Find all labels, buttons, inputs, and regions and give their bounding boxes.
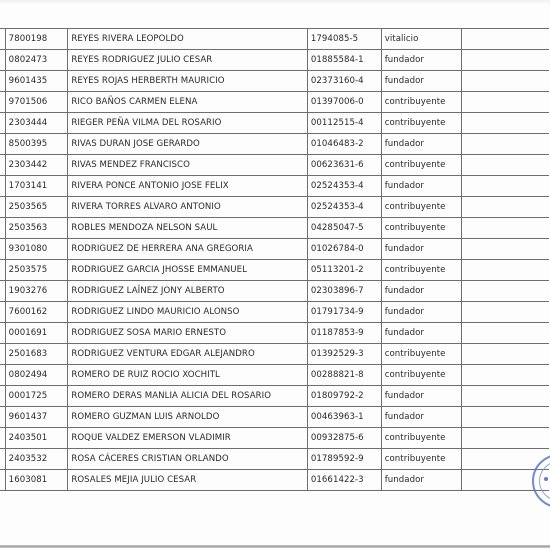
member-code-cell: 9601437 <box>5 407 68 428</box>
member-name-cell: ROMERO DERAS MANLIA ALICIA DEL ROSARIO <box>68 386 308 407</box>
member-name-cell: REYES ROJAS HERBERTH MAURICIO <box>68 71 308 92</box>
notes-cell <box>461 92 549 113</box>
table-row: 2303444RIEGER PEÑA VILMA DEL ROSARIO0011… <box>0 113 549 134</box>
category-cell: fundador <box>381 239 461 260</box>
category-cell: fundador <box>381 386 461 407</box>
table-row: 2403532ROSA CÁCERES CRISTIAN ORLANDO0178… <box>0 449 549 470</box>
id-number-cell: 01392529-3 <box>307 344 381 365</box>
table-row: 2503563ROBLES MENDOZA NELSON SAUL0428504… <box>0 218 549 239</box>
id-number-cell: 05113201-2 <box>307 260 381 281</box>
category-cell: fundador <box>381 176 461 197</box>
category-cell: fundador <box>381 407 461 428</box>
category-cell: vitalicio <box>381 29 461 50</box>
id-number-cell: 00112515-4 <box>307 113 381 134</box>
page-top-edge <box>0 0 550 4</box>
table-row: 0001691RODRIGUEZ SOSA MARIO ERNESTO01187… <box>0 323 549 344</box>
member-code-cell: 9701506 <box>5 92 68 113</box>
id-number-cell: 01397006-0 <box>307 92 381 113</box>
category-cell: fundador <box>381 302 461 323</box>
category-cell: contribuyente <box>381 428 461 449</box>
notes-cell <box>461 218 549 239</box>
table-row: 2403501ROQUE VALDEZ EMERSON VLADIMIR0093… <box>0 428 549 449</box>
category-cell: contribuyente <box>381 92 461 113</box>
category-cell: contribuyente <box>381 155 461 176</box>
member-code-cell: 9601435 <box>5 71 68 92</box>
table-row: 1903276RODRIGUEZ LAÎNEZ JONY ALBERTO0230… <box>0 281 549 302</box>
member-name-cell: RODRIGUEZ VENTURA EDGAR ALEJANDRO <box>68 344 308 365</box>
id-number-cell: 01885584-1 <box>307 50 381 71</box>
table-row: 9701506RICO BAÑOS CARMEN ELENA01397006-0… <box>0 92 549 113</box>
member-name-cell: RIVAS DURAN JOSE GERARDO <box>68 134 308 155</box>
notes-cell <box>461 281 549 302</box>
table-row: 2501683RODRIGUEZ VENTURA EDGAR ALEJANDRO… <box>0 344 549 365</box>
member-name-cell: RODRIGUEZ LINDO MAURICIO ALONSO <box>68 302 308 323</box>
id-number-cell: 01791734-9 <box>307 302 381 323</box>
notes-cell <box>461 134 549 155</box>
member-name-cell: RICO BAÑOS CARMEN ELENA <box>68 92 308 113</box>
table-row: 2503565RIVERA TORRES ALVARO ANTONIO02524… <box>0 197 549 218</box>
category-cell: contribuyente <box>381 218 461 239</box>
scanned-document-page: 7800198REYES RIVERA LEOPOLDO1794085-5vit… <box>0 0 550 550</box>
notes-cell <box>461 260 549 281</box>
member-code-cell: 1703141 <box>5 176 68 197</box>
member-name-cell: RIVERA PONCE ANTONIO JOSE FELIX <box>68 176 308 197</box>
member-code-cell: 8500395 <box>5 134 68 155</box>
notes-cell <box>461 197 549 218</box>
table-row: 9301080RODRIGUEZ DE HERRERA ANA GREGORIA… <box>0 239 549 260</box>
member-name-cell: RIEGER PEÑA VILMA DEL ROSARIO <box>68 113 308 134</box>
member-code-cell: 2503575 <box>5 260 68 281</box>
member-name-cell: RIVERA TORRES ALVARO ANTONIO <box>68 197 308 218</box>
notes-cell <box>461 239 549 260</box>
table-row: 0802494ROMERO DE RUIZ ROCIO XOCHITL00288… <box>0 365 549 386</box>
id-number-cell: 04285047-5 <box>307 218 381 239</box>
member-code-cell: 2503563 <box>5 218 68 239</box>
notes-cell <box>461 155 549 176</box>
category-cell: fundador <box>381 323 461 344</box>
category-cell: fundador <box>381 470 461 491</box>
table-row: 2303442RIVAS MENDEZ FRANCISCO00623631-6c… <box>0 155 549 176</box>
id-number-cell: 01789592-9 <box>307 449 381 470</box>
page-bottom-divider <box>0 545 550 548</box>
member-code-cell: 1903276 <box>5 281 68 302</box>
notes-cell <box>461 29 549 50</box>
notes-cell <box>461 386 549 407</box>
member-name-cell: RIVAS MENDEZ FRANCISCO <box>68 155 308 176</box>
id-number-cell: 01809792-2 <box>307 386 381 407</box>
id-number-cell: 02303896-7 <box>307 281 381 302</box>
notes-cell <box>461 428 549 449</box>
member-code-cell: 0802494 <box>5 365 68 386</box>
table-row: 0001725ROMERO DERAS MANLIA ALICIA DEL RO… <box>0 386 549 407</box>
notes-cell <box>461 113 549 134</box>
member-name-cell: RODRIGUEZ DE HERRERA ANA GREGORIA <box>68 239 308 260</box>
member-code-cell: 2403501 <box>5 428 68 449</box>
id-number-cell: 01026784-0 <box>307 239 381 260</box>
member-code-cell: 7600162 <box>5 302 68 323</box>
table-row: 2503575RODRIGUEZ GARCIA JHOSSE EMMANUEL0… <box>0 260 549 281</box>
member-code-cell: 0001725 <box>5 386 68 407</box>
member-code-cell: 2501683 <box>5 344 68 365</box>
id-number-cell: 02524353-4 <box>307 176 381 197</box>
table-row: 9601435REYES ROJAS HERBERTH MAURICIO0237… <box>0 71 549 92</box>
member-name-cell: ROSA CÁCERES CRISTIAN ORLANDO <box>68 449 308 470</box>
category-cell: contribuyente <box>381 197 461 218</box>
category-cell: fundador <box>381 50 461 71</box>
id-number-cell: 00463963-1 <box>307 407 381 428</box>
member-roster-table: 7800198REYES RIVERA LEOPOLDO1794085-5vit… <box>0 28 549 491</box>
member-name-cell: RODRIGUEZ LAÎNEZ JONY ALBERTO <box>68 281 308 302</box>
seal-center-dot <box>544 477 548 481</box>
member-name-cell: RODRIGUEZ SOSA MARIO ERNESTO <box>68 323 308 344</box>
table-row: 1603081ROSALES MEJIA JULIO CESAR01661422… <box>0 470 549 491</box>
member-code-cell: 7800198 <box>5 29 68 50</box>
table-row: 1703141RIVERA PONCE ANTONIO JOSE FELIX02… <box>0 176 549 197</box>
member-name-cell: ROBLES MENDOZA NELSON SAUL <box>68 218 308 239</box>
category-cell: contribuyente <box>381 344 461 365</box>
member-name-cell: RODRIGUEZ GARCIA JHOSSE EMMANUEL <box>68 260 308 281</box>
seal-inner-ring <box>539 461 550 501</box>
notes-cell <box>461 365 549 386</box>
id-number-cell: 01046483-2 <box>307 134 381 155</box>
notes-cell <box>461 302 549 323</box>
roster-table-body: 7800198REYES RIVERA LEOPOLDO1794085-5vit… <box>0 29 549 491</box>
category-cell: fundador <box>381 134 461 155</box>
member-code-cell: 9301080 <box>5 239 68 260</box>
category-cell: contribuyente <box>381 113 461 134</box>
member-code-cell: 1603081 <box>5 470 68 491</box>
notes-cell <box>461 344 549 365</box>
member-name-cell: REYES RIVERA LEOPOLDO <box>68 29 308 50</box>
id-number-cell: 1794085-5 <box>307 29 381 50</box>
notes-cell <box>461 71 549 92</box>
id-number-cell: 01187853-9 <box>307 323 381 344</box>
notes-cell <box>461 323 549 344</box>
member-code-cell: 2503565 <box>5 197 68 218</box>
id-number-cell: 02373160-4 <box>307 71 381 92</box>
member-code-cell: 2303444 <box>5 113 68 134</box>
category-cell: contribuyente <box>381 260 461 281</box>
id-number-cell: 01661422-3 <box>307 470 381 491</box>
category-cell: fundador <box>381 281 461 302</box>
member-name-cell: ROMERO DE RUIZ ROCIO XOCHITL <box>68 365 308 386</box>
id-number-cell: 02524353-4 <box>307 197 381 218</box>
member-name-cell: ROQUE VALDEZ EMERSON VLADIMIR <box>68 428 308 449</box>
category-cell: contribuyente <box>381 365 461 386</box>
notes-cell <box>461 407 549 428</box>
category-cell: fundador <box>381 71 461 92</box>
member-name-cell: ROMERO GUZMAN LUIS ARNOLDO <box>68 407 308 428</box>
member-code-cell: 2403532 <box>5 449 68 470</box>
notes-cell <box>461 176 549 197</box>
table-row: 7600162RODRIGUEZ LINDO MAURICIO ALONSO01… <box>0 302 549 323</box>
member-code-cell: 0802473 <box>5 50 68 71</box>
member-name-cell: ROSALES MEJIA JULIO CESAR <box>68 470 308 491</box>
table-row: 8500395RIVAS DURAN JOSE GERARDO01046483-… <box>0 134 549 155</box>
table-row: 0802473REYES RODRIGUEZ JULIO CESAR018855… <box>0 50 549 71</box>
member-code-cell: 2303442 <box>5 155 68 176</box>
id-number-cell: 00288821-8 <box>307 365 381 386</box>
id-number-cell: 00623631-6 <box>307 155 381 176</box>
category-cell: contribuyente <box>381 449 461 470</box>
notes-cell <box>461 50 549 71</box>
member-name-cell: REYES RODRIGUEZ JULIO CESAR <box>68 50 308 71</box>
table-row: 7800198REYES RIVERA LEOPOLDO1794085-5vit… <box>0 29 549 50</box>
id-number-cell: 00932875-6 <box>307 428 381 449</box>
member-code-cell: 0001691 <box>5 323 68 344</box>
table-row: 9601437ROMERO GUZMAN LUIS ARNOLDO0046396… <box>0 407 549 428</box>
